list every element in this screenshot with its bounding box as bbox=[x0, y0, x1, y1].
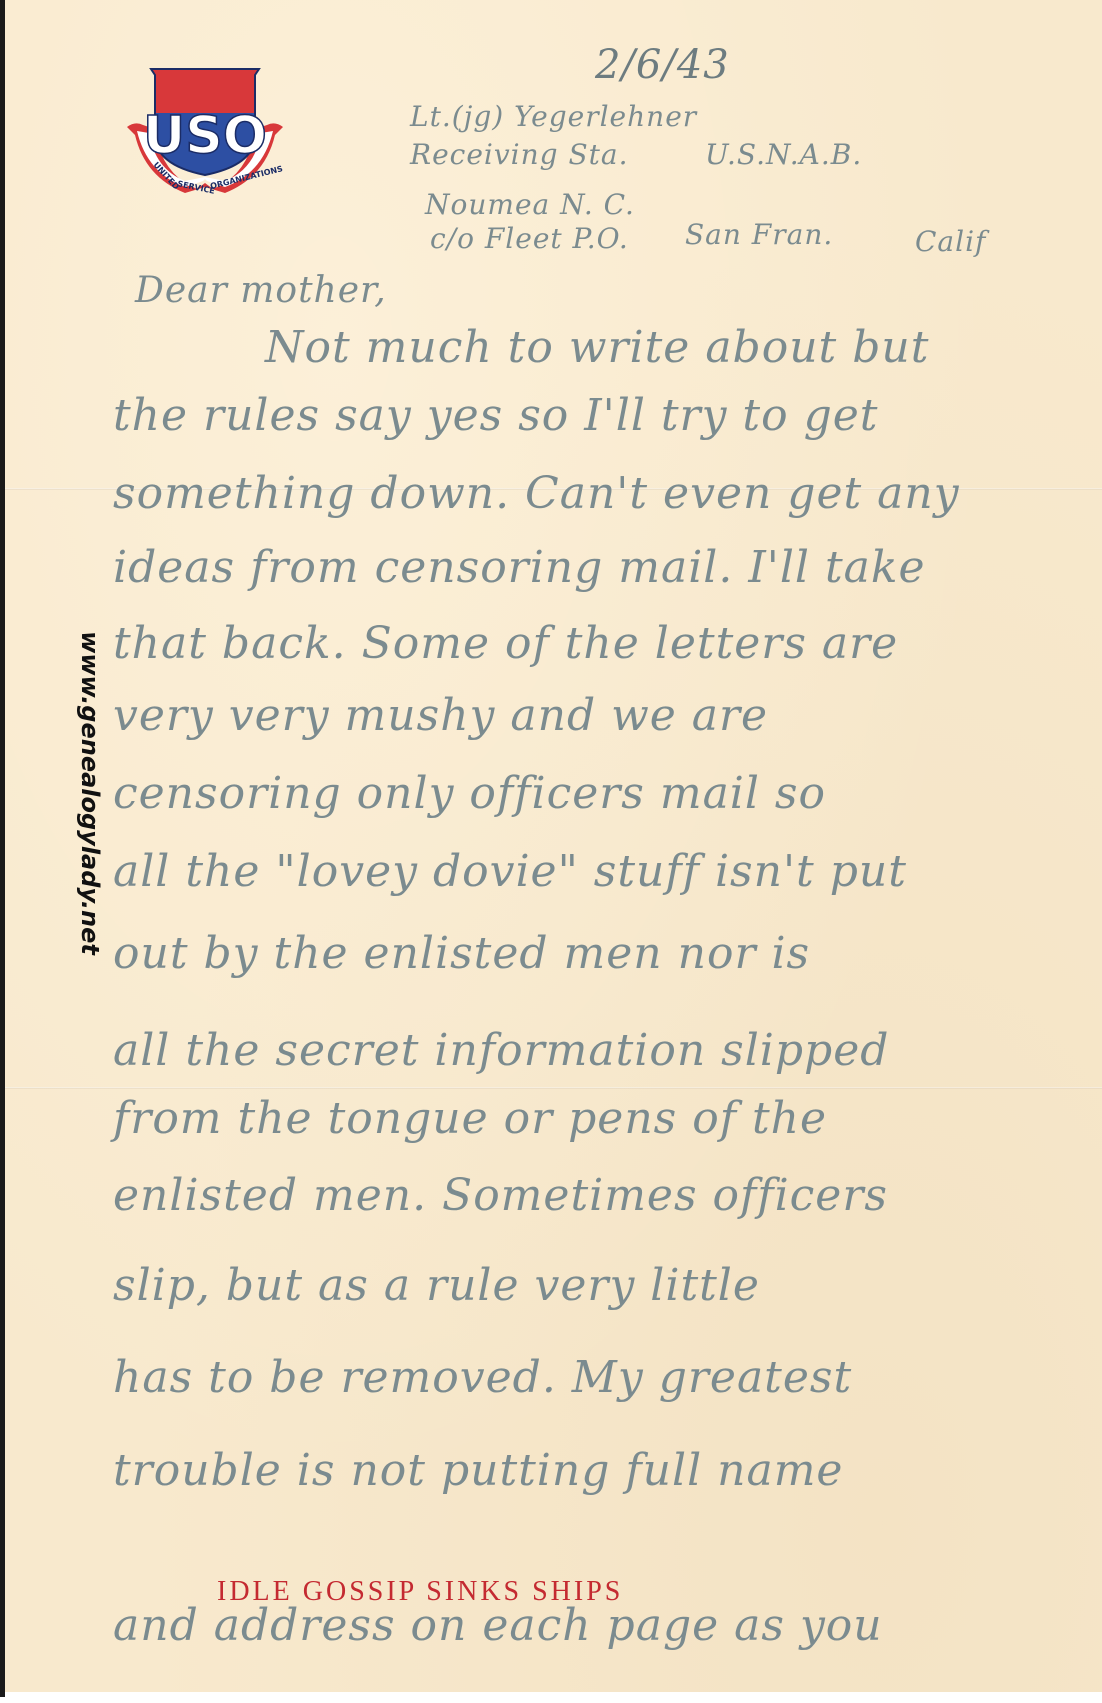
body-line: Not much to write about but bbox=[265, 322, 929, 373]
body-line: all the secret information slipped bbox=[113, 1025, 889, 1076]
sender-name: Lt.(jg) Yegerlehner bbox=[410, 100, 697, 133]
body-line: slip, but as a rule very little bbox=[113, 1260, 760, 1311]
letter-page: USO UNITED SERVICE ORGANIZATIONS 2/6/43 … bbox=[5, 0, 1102, 1692]
sender-postoffice: c/o Fleet P.O. bbox=[430, 222, 629, 255]
body-line: trouble is not putting full name bbox=[113, 1445, 843, 1496]
sender-location: Noumea N. C. bbox=[425, 188, 635, 221]
uso-logo-icon: USO UNITED SERVICE ORGANIZATIONS bbox=[125, 65, 285, 195]
body-line: that back. Some of the letters are bbox=[113, 618, 898, 669]
body-line: very very mushy and we are bbox=[113, 690, 768, 741]
body-line: enlisted men. Sometimes officers bbox=[113, 1170, 888, 1221]
body-line: out by the enlisted men nor is bbox=[113, 928, 810, 979]
footer-slogan: IDLE GOSSIP SINKS SHIPS bbox=[217, 1576, 623, 1608]
letter-date: 2/6/43 bbox=[595, 42, 730, 88]
website-watermark: www.genealogylady.net bbox=[60, 618, 120, 968]
body-line: censoring only officers mail so bbox=[113, 768, 826, 819]
svg-text:USO: USO bbox=[143, 106, 267, 166]
body-line: ideas from censoring mail. I'll take bbox=[113, 542, 926, 593]
body-line: from the tongue or pens of the bbox=[113, 1093, 827, 1144]
body-line: all the "lovey dovie" stuff isn't put bbox=[113, 846, 907, 897]
sender-base: U.S.N.A.B. bbox=[705, 138, 862, 171]
sender-station: Receiving Sta. bbox=[410, 138, 629, 171]
watermark-text: www.genealogylady.net bbox=[76, 631, 104, 955]
fold-crease bbox=[5, 1087, 1102, 1089]
body-line: something down. Can't even get any bbox=[113, 468, 960, 519]
body-line: has to be removed. My greatest bbox=[113, 1352, 852, 1403]
sender-state: Calif bbox=[915, 225, 986, 258]
salutation: Dear mother, bbox=[135, 270, 387, 311]
body-line: the rules say yes so I'll try to get bbox=[113, 390, 878, 441]
sender-city: San Fran. bbox=[685, 218, 833, 251]
